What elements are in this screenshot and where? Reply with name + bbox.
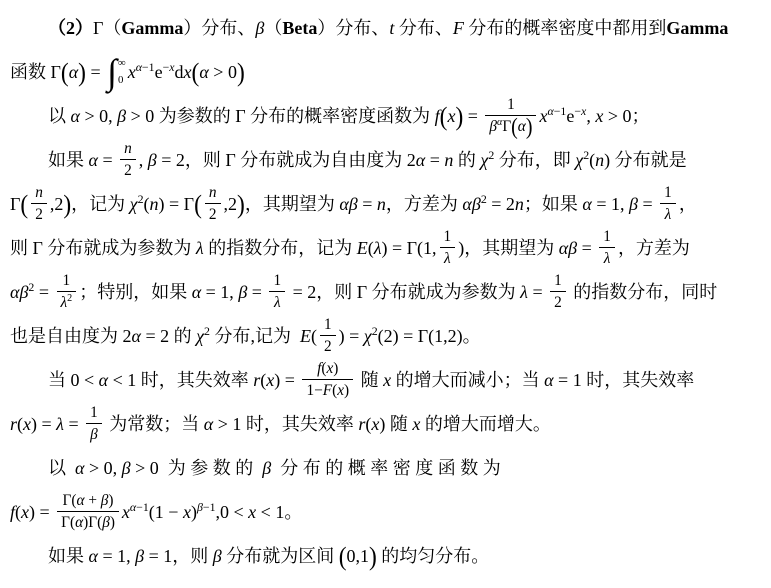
fraction: 1λ [599,227,615,268]
text-run: ,0 < [216,502,249,522]
math-variable: α [192,282,201,302]
text-run: ；特别，如果 [79,282,192,302]
integral-sign: ∫ [107,54,117,90]
text-run: ) = [29,502,54,522]
text-run: (2) = Γ(1,2)。 [378,326,481,346]
math-variable: α [544,370,553,390]
math-variable: x [447,106,455,126]
fraction-denominator: λ [599,248,615,268]
text-run: = 1 时，其失效率 [554,370,695,390]
text-run: ）分布、 [183,18,255,38]
text-run: ， [679,194,697,214]
text-run: = [64,414,83,434]
fraction-denominator: λ2 [57,292,77,312]
text-run: = [247,282,266,302]
fraction-numerator: 1 [57,271,77,292]
fraction-numerator: 1 [550,271,566,292]
text-run: > 0, [84,458,121,478]
text-run: 1− [306,382,322,399]
text-run: = 1, [201,282,238,302]
fraction-numerator: 1 [440,227,456,248]
math-variable: β [117,106,126,126]
math-variable: α [132,326,141,346]
math-variable: α [582,194,591,214]
document-body: （2）Γ（Gamma）分布、β（Beta）分布、t 分布、F 分布的概率密度中都… [0,0,771,578]
superscript: α−1 [130,500,149,514]
math-variable: α [71,106,80,126]
math-variable: β [148,150,157,170]
math-variable: α [199,62,208,82]
text-run: > 0 为参数的 Γ 分布的概率密度函数为 [126,106,435,126]
text-run: 函数 Γ [10,62,61,82]
text-run: ) = Γ [159,194,195,214]
math-variable: β [135,546,144,566]
text-run: ) = [274,370,299,390]
fraction: 1βαΓ(α) [485,95,536,136]
math-variable: x [128,62,136,82]
math-variable: n [150,194,159,214]
text-run: −1 [142,60,155,74]
text-run: ) [108,492,113,509]
text-run: > 1 时，其失效率 [213,414,358,434]
math-variable: α [69,62,78,82]
text-run: ，方差为 [618,238,690,258]
math-variable: n [377,194,386,214]
fraction: 1β [86,403,102,444]
math-variable: α [89,546,98,566]
fraction-denominator: λ [660,204,676,224]
math-variable: x [122,502,130,522]
text-run: 则 Γ 分布就成为参数为 [10,238,196,258]
text-run: 1 [63,272,71,289]
text-run: < 1。 [256,502,302,522]
paragraph-line: （2）Γ（Gamma）分布、β（Beta）分布、t 分布、F 分布的概率密度中都… [10,6,767,50]
text-run: 2 [324,338,332,355]
text-run: = 2 的 [141,326,196,346]
fraction: 1λ2 [57,271,77,312]
fraction-numerator: 1 [485,95,536,116]
text-run: ) 随 [379,414,412,434]
superscript: α−1 [547,104,566,118]
text-run: 为常数；当 [105,414,204,434]
math-variable: β [213,546,222,566]
bold-text: Gamma [666,18,728,38]
fraction-numerator: n [31,183,47,204]
superscript: 2 [67,293,72,304]
text-run: d [175,62,184,82]
paragraph-line: r(x) = λ = 1β 为常数；当 α > 1 时，其失效率 r(x) 随 … [10,402,767,446]
paragraph-line: 也是自由度为 2α = 2 的 χ2 分布,记为 E(12) = χ2(2) =… [10,314,767,358]
fraction: n2 [120,139,136,180]
text-run: = [577,238,596,258]
text-run: = [86,62,105,82]
integral: ∫∞0 [107,54,126,90]
text-run: 2 [35,206,43,223]
math-variable: x [184,62,192,82]
text-run: 以 [48,458,75,478]
text-run: = 1, [98,546,135,566]
math-variable: β [629,194,638,214]
superscript: β−1 [197,500,216,514]
math-variable: β [90,426,98,443]
text-run: )，其期望为 [458,238,559,258]
math-variable: α [416,150,425,170]
text-run: 的指数分布，记为 [204,238,357,258]
text-run: = [638,194,657,214]
math-variable: x [337,382,344,399]
text-run: > 0 为 参 数 的 [131,458,263,478]
paragraph-line: Γ(n2,2)，记为 χ2(n) = Γ(n2,2)，其期望为 αβ = n，方… [10,182,767,226]
fraction: 12 [550,271,566,312]
fraction-denominator: 2 [550,292,566,312]
text-run: > 0； [603,106,649,126]
text-run: ) = [31,414,56,434]
fraction: Γ(α + β)Γ(α)Γ(β) [57,491,119,532]
text-run: 1 [90,404,98,421]
math-variable: n [124,140,132,157]
math-variable: α [99,370,108,390]
math-variable: αβ [462,194,480,214]
text-run: 的增大而增大。 [420,414,551,434]
text-run: , [586,106,595,126]
paragraph-line: 当 0 < α < 1 时，其失效率 r(x) = f(x)1−F(x) 随 x… [10,358,767,402]
text-run: −1 [203,500,216,514]
text-run: −1 [554,104,567,118]
text-run: Γ（ [93,18,121,38]
math-variable: α [75,514,83,531]
text-run: 1 [324,316,332,333]
text-run: 2 [124,162,132,179]
math-variable: F [323,382,332,399]
fraction: f(x)1−F(x) [302,359,353,400]
math-variable: n [595,150,604,170]
text-run: ) [333,360,338,377]
fraction-numerator: 1 [86,403,102,424]
text-run: Γ [10,194,20,214]
text-run: ；如果 [524,194,583,214]
text-run: 1 [603,228,611,245]
text-run: = [98,150,117,170]
text-run: = [463,106,482,126]
bold-text: Gamma [121,18,183,38]
text-run: > 0, [80,106,117,126]
text-run: = [425,150,444,170]
text-run: 0,1 [347,546,370,566]
text-run: = 1，则 [144,546,213,566]
text-run: 随 [356,370,383,390]
text-run: ,2 [224,194,238,214]
math-variable: x [248,502,256,522]
text-run: 以 [48,106,71,126]
text-run: = 1, [592,194,629,214]
text-run: 1 [444,228,452,245]
text-run: 如果 [48,150,89,170]
text-run: = 2 [487,194,515,214]
text-run: 1 [664,184,672,201]
paragraph-line: 函数 Γ(α) = ∫∞0xα−1e−xdx(α > 0) [10,50,767,94]
text-run: 当 0 < [48,370,99,390]
bold-text: （2） [48,18,93,38]
math-variable: E [357,238,368,258]
integral-upper-limit: ∞ [118,58,126,69]
fraction-denominator: βαΓ(α) [485,116,536,136]
text-run: 1 [554,272,562,289]
fraction-numerator: f(x) [302,359,353,380]
fraction-numerator: 1 [599,227,615,248]
text-run: = [34,282,53,302]
text-run: 分布、 [394,18,453,38]
fraction-numerator: n [120,139,136,160]
math-variable: β [122,458,131,478]
text-run: ( [311,326,317,346]
math-variable: α [76,492,84,509]
text-run: 分布,记为 [210,326,300,346]
fraction-numerator: 1 [320,315,336,336]
text-run: Γ( [63,492,77,509]
text-run: ) = [339,326,364,346]
text-run: 分布的概率密度中都用到 [464,18,667,38]
text-run: < 1 时，其失效率 [108,370,253,390]
text-run: 2 [554,294,562,311]
math-variable: n [209,184,217,201]
superscript: α−1 [136,60,155,74]
math-variable: β [238,282,247,302]
math-variable: α [518,118,526,135]
fraction-numerator: 1 [660,183,676,204]
text-run: 1 [507,96,515,113]
math-variable: x [23,414,31,434]
text-run: 也是自由度为 2 [10,326,132,346]
fraction: 1λ [440,227,456,268]
fraction: n2 [205,183,221,224]
text-run: ）分布、 [317,18,389,38]
text-run: 的均匀分布。 [377,546,490,566]
text-run: Γ( [61,514,75,531]
fraction-denominator: λ [440,248,456,268]
math-variable: α [89,150,98,170]
math-variable: λ [274,294,281,311]
math-variable: χ [575,150,583,170]
math-variable: β [102,514,110,531]
fraction-denominator: 2 [205,204,221,224]
math-variable: F [453,18,464,38]
math-variable: x [383,370,391,390]
text-run: = 2，则 Γ 分布就成为参数为 [288,282,520,302]
math-variable: αβ [10,282,28,302]
text-run: 的指数分布，同时 [569,282,718,302]
fraction-denominator: λ [269,292,285,312]
text-run: , [139,150,148,170]
fraction-numerator: n [205,183,221,204]
text-run: ) 分布就是 [604,150,687,170]
math-variable: λ [56,414,64,434]
text-run: 分 布 的 概 率 密 度 函 数 为 [271,458,501,478]
text-run: = [358,194,377,214]
math-variable: χ [130,194,138,214]
text-run: = 2，则 Γ 分布就成为自由度为 2 [157,150,416,170]
fraction-numerator: Γ(α + β) [57,491,119,512]
fraction-denominator: Γ(α)Γ(β) [57,512,119,532]
superscript: −x [574,104,586,118]
bold-text: Beta [282,18,317,38]
text-run: 如果 [48,546,89,566]
paragraph-line: 以 α > 0, β > 0 为参数的 Γ 分布的概率密度函数为 f(x) = … [10,94,767,138]
text-run: 的 [453,150,480,170]
math-variable: x [183,502,191,522]
math-variable: β [489,118,497,135]
paragraph-line: αβ2 = 1λ2；特别，如果 α = 1, β = 1λ = 2，则 Γ 分布… [10,270,767,314]
math-variable: α [204,414,213,434]
text-run: ) [344,382,349,399]
math-variable: χ [196,326,204,346]
text-run: (1 − [149,502,183,522]
text-run: ，方差为 [386,194,463,214]
text-run: ) [110,514,115,531]
paragraph-line: 则 Γ 分布就成为参数为 λ 的指数分布，记为 E(λ) = Γ(1,1λ)，其… [10,226,767,270]
paragraph-line: 以 α > 0, β > 0 为 参 数 的 β 分 布 的 概 率 密 度 函… [10,446,767,490]
fraction: 1λ [269,271,285,312]
text-run: e [155,62,163,82]
math-variable: x [21,502,29,522]
math-variable: E [300,326,311,346]
fraction-denominator: 2 [120,160,136,180]
text-run: 分布，即 [494,150,575,170]
math-variable: αβ [339,194,357,214]
superscript: −x [163,60,175,74]
math-variable: r [10,414,17,434]
integral-lower-limit: 0 [118,75,126,86]
text-run: （ [264,18,282,38]
text-run: −1 [136,500,149,514]
math-variable: n [515,194,524,214]
fraction: n2 [31,183,47,224]
math-variable: λ [665,206,672,223]
math-variable: n [35,184,43,201]
text-run: ，其期望为 [245,194,340,214]
math-variable: λ [196,238,204,258]
text-run: 2 [209,206,217,223]
integral-limits: ∞0 [118,58,126,86]
math-variable: αβ [559,238,577,258]
text-run: + [85,492,101,509]
math-variable: λ [520,282,528,302]
text-run: Γ [502,118,511,135]
text-run: )Γ( [83,514,102,531]
fraction-denominator: 2 [31,204,47,224]
text-run: 分布就为区间 [222,546,339,566]
math-variable: β [262,458,271,478]
text-run: ,2 [50,194,64,214]
math-variable: λ [444,250,451,267]
text-run: 1 [273,272,281,289]
fraction-denominator: 2 [320,336,336,356]
math-variable: λ [604,250,611,267]
fraction: 12 [320,315,336,356]
fraction-denominator: β [86,424,102,444]
text-run: 2 [67,293,72,304]
text-run: ，记为 [71,194,130,214]
fraction-numerator: 1 [269,271,285,292]
text-run: > 0 [209,62,237,82]
text-run: 的增大而减小；当 [391,370,544,390]
text-run: ) = Γ(1, [382,238,437,258]
paragraph-line: 如果 α = n2, β = 2，则 Γ 分布就成为自由度为 2α = n 的 … [10,138,767,182]
math-variable: λ [374,238,382,258]
text-run: = [528,282,547,302]
fraction: 1λ [660,183,676,224]
paragraph-line: f(x) = Γ(α + β)Γ(α)Γ(β)xα−1(1 − x)β−1,0 … [10,490,767,534]
paragraph-line: 如果 α = 1, β = 1，则 β 分布就为区间 (0,1) 的均匀分布。 [10,534,767,578]
fraction-denominator: 1−F(x) [302,380,353,400]
math-variable: χ [364,326,372,346]
